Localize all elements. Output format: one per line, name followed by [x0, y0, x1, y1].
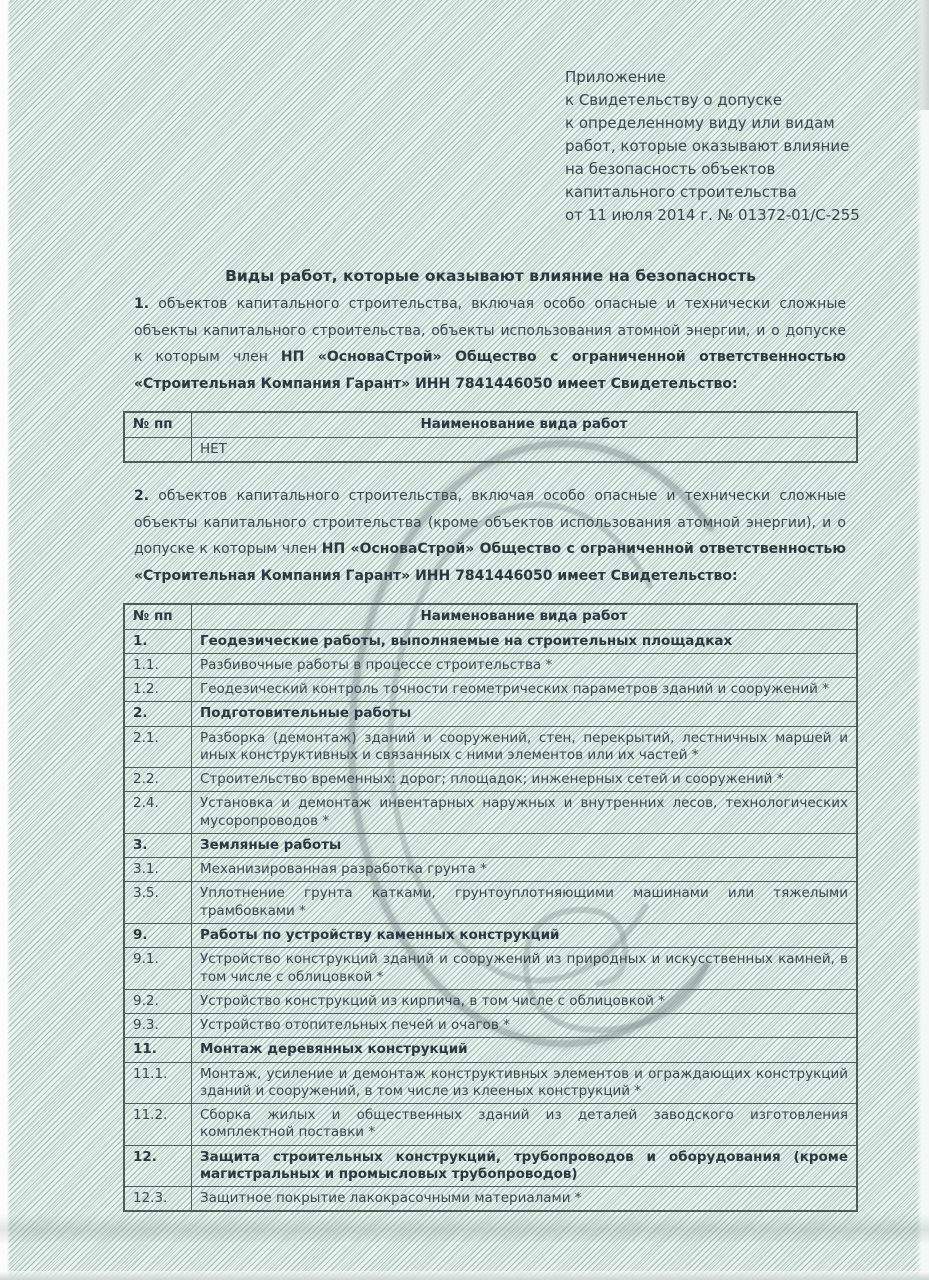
- row-number-cell: [124, 437, 192, 462]
- table-row: 1. Геодезические работы, выполняемые на …: [124, 629, 857, 653]
- table-row: 9.3. Устройство отопительных печей и оча…: [124, 1014, 857, 1038]
- table-row: 3. Земляные работы: [124, 833, 857, 857]
- work-name-cell: НЕТ: [192, 437, 858, 462]
- row-number-cell: 1.2.: [124, 678, 192, 702]
- row-number-cell: 9.3.: [124, 1014, 192, 1038]
- works-table-1: № пп Наименование вида работ НЕТ: [123, 411, 858, 463]
- work-name-cell: Подготовительные работы: [192, 702, 858, 726]
- document-page: Приложениек Свидетельству о допускек опр…: [0, 0, 929, 1280]
- letterhead: Приложениек Свидетельству о допускек опр…: [565, 66, 909, 227]
- work-name-cell: Защитное покрытие лакокрасочными материа…: [192, 1187, 858, 1212]
- work-name-cell: Защита строительных конструкций, трубопр…: [192, 1145, 858, 1187]
- row-number-cell: 12.3.: [124, 1187, 192, 1212]
- page-title: Виды работ, которые оказывают влияние на…: [123, 267, 858, 285]
- table-row: 3.5. Уплотнение грунта катками, грунтоуп…: [124, 882, 857, 924]
- row-number-cell: 1.1.: [124, 653, 192, 677]
- work-name-cell: Сборка жилых и общественных зданий из де…: [192, 1104, 858, 1146]
- row-number-cell: 11.2.: [124, 1104, 192, 1146]
- letterhead-line: к Свидетельству о допуске: [565, 89, 909, 112]
- table-row: 1.2. Геодезический контроль точности гео…: [124, 678, 857, 702]
- letterhead-line: работ, которые оказывают влияние: [565, 135, 909, 158]
- document-content: Приложениек Свидетельству о допускек опр…: [0, 66, 929, 1212]
- paragraph-1: 1. объектов капитального строительства, …: [134, 291, 846, 397]
- table-row: 1.1. Разбивочные работы в процессе строи…: [124, 653, 857, 677]
- paragraph-2-number: 2.: [134, 488, 149, 504]
- table-row: 11.2. Сборка жилых и общественных зданий…: [124, 1104, 857, 1146]
- scan-edge-left: [0, 0, 10, 1280]
- table-row: 3.1. Механизированная разработка грунта …: [124, 858, 857, 882]
- column-header-work-name: Наименование вида работ: [192, 412, 858, 437]
- row-number-cell: 11.: [124, 1038, 192, 1062]
- scan-edge-right: [916, 0, 929, 1280]
- table-row: 2.1. Разборка (демонтаж) зданий и сооруж…: [124, 726, 857, 768]
- work-name-cell: Разборка (демонтаж) зданий и сооружений,…: [192, 726, 858, 768]
- row-number-cell: 3.: [124, 833, 192, 857]
- page-curl-shadow: [0, 1214, 929, 1242]
- work-name-cell: Устройство отопительных печей и очагов *: [192, 1014, 858, 1038]
- row-number-cell: 3.5.: [124, 882, 192, 924]
- letterhead-line: Приложение: [565, 66, 909, 89]
- works-table-1-header: № пп Наименование вида работ: [124, 412, 857, 437]
- letterhead-line: на безопасность объектов: [565, 158, 909, 181]
- work-name-cell: Геодезические работы, выполняемые на стр…: [192, 629, 858, 653]
- works-table-2-body: 1. Геодезические работы, выполняемые на …: [124, 629, 857, 1211]
- letterhead-line: капитального строительства: [565, 181, 909, 204]
- works-table-1-body: НЕТ: [124, 437, 857, 462]
- works-table-2: № пп Наименование вида работ 1. Геодезич…: [123, 603, 858, 1212]
- table-row: 9.2. Устройство конструкций из кирпича, …: [124, 989, 857, 1013]
- letterhead-line: от 11 июля 2014 г. № 01372-01/С-255: [565, 204, 909, 227]
- works-table-2-header: № пп Наименование вида работ: [124, 604, 857, 629]
- work-name-cell: Механизированная разработка грунта *: [192, 858, 858, 882]
- scan-corner-shade: [913, 0, 929, 110]
- table-row: НЕТ: [124, 437, 857, 462]
- work-name-cell: Устройство конструкций из кирпича, в том…: [192, 989, 858, 1013]
- row-number-cell: 11.1.: [124, 1062, 192, 1104]
- column-header-number: № пп: [124, 604, 192, 629]
- row-number-cell: 12.: [124, 1145, 192, 1187]
- table-row: 2.2. Строительство временных: дорог; пло…: [124, 768, 857, 792]
- work-name-cell: Геодезический контроль точности геометри…: [192, 678, 858, 702]
- row-number-cell: 9.1.: [124, 948, 192, 990]
- work-name-cell: Устройство конструкций зданий и сооружен…: [192, 948, 858, 990]
- column-header-work-name: Наименование вида работ: [192, 604, 858, 629]
- column-header-number: № пп: [124, 412, 192, 437]
- table-row: 9. Работы по устройству каменных констру…: [124, 924, 857, 948]
- table-row: 11. Монтаж деревянных конструкций: [124, 1038, 857, 1062]
- header-row: № пп Наименование вида работ: [124, 604, 857, 629]
- table-row: 12.3. Защитное покрытие лакокрасочными м…: [124, 1187, 857, 1212]
- table-row: 2.4. Установка и демонтаж инвентарных на…: [124, 792, 857, 834]
- work-name-cell: Установка и демонтаж инвентарных наружны…: [192, 792, 858, 834]
- work-name-cell: Разбивочные работы в процессе строительс…: [192, 653, 858, 677]
- table-row: 2. Подготовительные работы: [124, 702, 857, 726]
- row-number-cell: 2.4.: [124, 792, 192, 834]
- work-name-cell: Уплотнение грунта катками, грунтоуплотня…: [192, 882, 858, 924]
- header-row: № пп Наименование вида работ: [124, 412, 857, 437]
- work-name-cell: Монтаж деревянных конструкций: [192, 1038, 858, 1062]
- row-number-cell: 9.: [124, 924, 192, 948]
- row-number-cell: 2.2.: [124, 768, 192, 792]
- row-number-cell: 2.: [124, 702, 192, 726]
- scan-edge-bottom: [0, 1271, 929, 1280]
- row-number-cell: 3.1.: [124, 858, 192, 882]
- row-number-cell: 1.: [124, 629, 192, 653]
- table-row: 9.1. Устройство конструкций зданий и соо…: [124, 948, 857, 990]
- row-number-cell: 9.2.: [124, 989, 192, 1013]
- table-row: 12. Защита строительных конструкций, тру…: [124, 1145, 857, 1187]
- row-number-cell: 2.1.: [124, 726, 192, 768]
- work-name-cell: Работы по устройству каменных конструкци…: [192, 924, 858, 948]
- paragraph-1-number: 1.: [134, 296, 149, 312]
- paragraph-2: 2. объектов капитального строительства, …: [134, 483, 846, 589]
- work-name-cell: Монтаж, усиление и демонтаж конструктивн…: [192, 1062, 858, 1104]
- work-name-cell: Земляные работы: [192, 833, 858, 857]
- work-name-cell: Строительство временных: дорог; площадок…: [192, 768, 858, 792]
- letterhead-line: к определенному виду или видам: [565, 112, 909, 135]
- table-row: 11.1. Монтаж, усиление и демонтаж констр…: [124, 1062, 857, 1104]
